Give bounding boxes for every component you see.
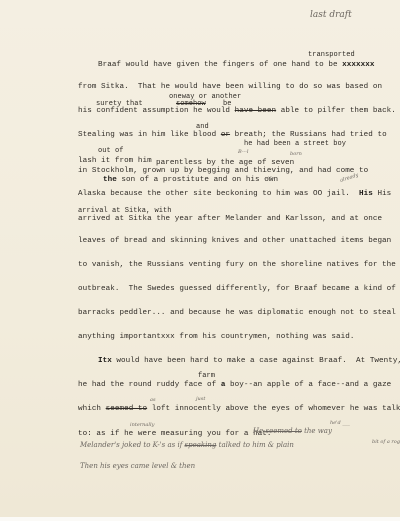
- typed-line-14: anything importantxxx from his countryme…: [78, 334, 354, 342]
- hw-born: born: [290, 152, 302, 157]
- typed-line-2: from Sitka. That he would have been will…: [78, 84, 382, 92]
- typed-line-17: which seemed to loft innocently above th…: [78, 406, 400, 414]
- typed-line-18: to: as if he were measuring you for a ha…: [78, 431, 272, 439]
- struck-word: xxxxxxx: [342, 61, 374, 69]
- typed-line-4: Stealing was in him like blood or breath…: [78, 132, 387, 140]
- hw-line-20: Then his eyes came level & then: [80, 463, 195, 470]
- typed-line-15: Itx would have been hard to make a case …: [98, 358, 400, 366]
- typed-line-13: barracks peddler... and because he was d…: [78, 310, 396, 318]
- insertion-arrival: arrival at Sitka, with: [78, 208, 172, 215]
- hw-as: as: [150, 398, 156, 403]
- typed-line-11: to vanish, the Russians venting fury on …: [78, 262, 396, 270]
- hw-line-18-sup: he'd ___: [330, 421, 350, 426]
- hw-blank: B---l: [238, 150, 248, 155]
- hw-line-18: He seemed to the way: [253, 428, 332, 435]
- typed-line-12: outbreak. The Swedes guessed differently…: [78, 286, 396, 294]
- hw-wife: --ife: [264, 177, 274, 182]
- scan-edge: [0, 517, 400, 521]
- insertion-and: and: [196, 124, 209, 131]
- insertion-out-of: out of: [98, 148, 124, 155]
- insertion-street-boy: he had been a street boy: [244, 141, 346, 148]
- typed-line-10: leaves of bread and skinning knives and …: [78, 238, 391, 246]
- typed-line-3: his confident assumption he would have b…: [78, 108, 396, 116]
- insertion-transported: transported: [308, 52, 355, 59]
- last-draft-annotation: last draft: [310, 11, 352, 20]
- typed-line-16: he had the round ruddy face of a boy--an…: [78, 382, 391, 390]
- insertion-farm: farm: [198, 373, 215, 380]
- typed-line-7: the son of a prostitute and on his own: [103, 177, 278, 185]
- hw-margin-note: bit of a rogue: [372, 440, 400, 445]
- typed-line-5: lash it from him: [78, 158, 152, 166]
- typed-line-8: Alaska because the other site beckoning …: [78, 191, 391, 199]
- hw-just: just: [196, 397, 205, 402]
- typed-line-1: Braaf would have given the fingers of on…: [98, 62, 374, 70]
- hw-line-19: Melander's joked to K-'s as if speaking …: [80, 442, 294, 449]
- typed-line-9: arrived at Sitka the year after Melander…: [78, 216, 382, 224]
- manuscript-page: last draft transported Braaf would have …: [0, 0, 400, 517]
- typed-line-6: in Stockholm, grown up by begging and th…: [78, 168, 368, 176]
- hw-internally: internally: [130, 423, 154, 428]
